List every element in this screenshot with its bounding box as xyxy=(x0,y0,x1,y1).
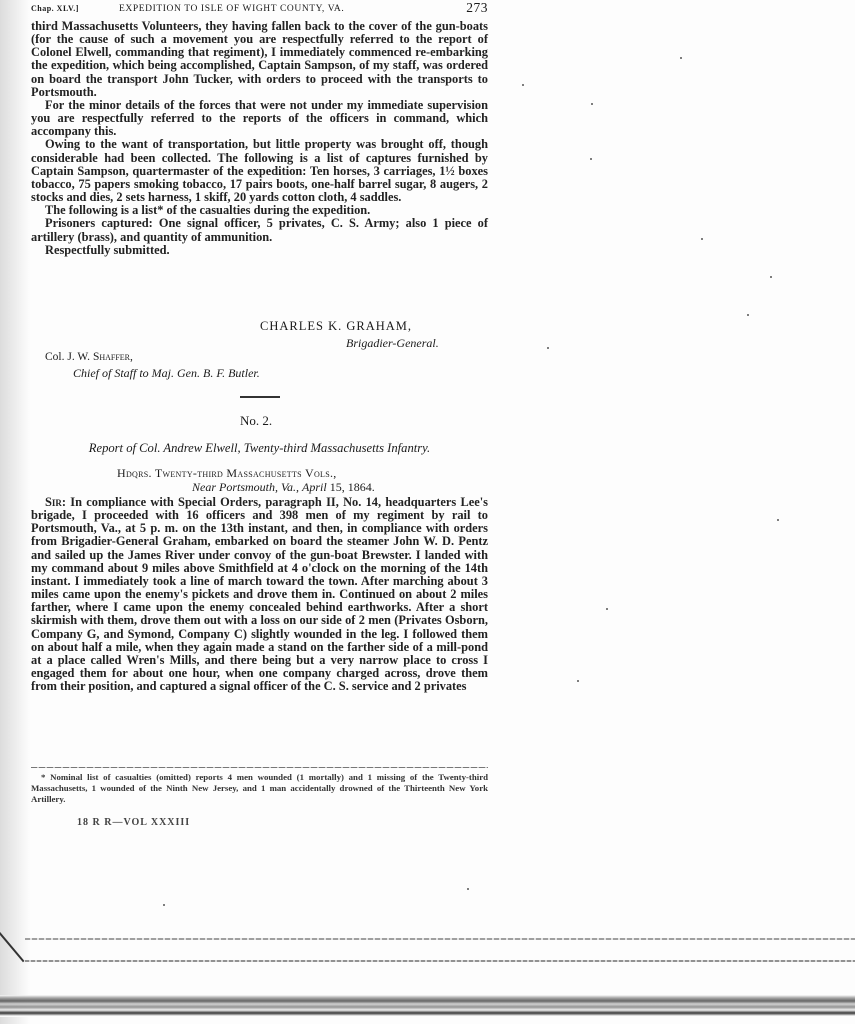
section-separator xyxy=(240,396,280,398)
scan-speck xyxy=(591,103,593,105)
scan-speck xyxy=(547,347,549,349)
scan-speck xyxy=(770,276,772,278)
running-title: EXPEDITION TO ISLE OF WIGHT COUNTY, VA. xyxy=(119,4,344,14)
addressee-name: Shaffer, xyxy=(93,351,133,363)
running-head: Chap. XLV.] EXPEDITION TO ISLE OF WIGHT … xyxy=(31,2,488,16)
scan-speck xyxy=(777,519,779,521)
scan-artifact-line xyxy=(25,938,855,940)
report-heading: Report of Col. Andrew Elwell, Twenty-thi… xyxy=(31,441,488,456)
footnote-rule xyxy=(31,767,488,768)
scan-speck xyxy=(701,238,703,240)
salutation: Sir xyxy=(45,495,62,509)
addressee-prefix: Col. J. W. xyxy=(45,351,93,363)
chapter-label: Chap. XLV.] xyxy=(31,4,79,13)
report2-body: Sir: In compliance with Special Orders, … xyxy=(31,496,488,693)
signature-title: Brigadier-General. xyxy=(346,336,439,351)
paragraph: third Massachusetts Volunteers, they hav… xyxy=(31,20,488,99)
paragraph: Respectfully submitted. xyxy=(31,244,488,257)
report-number: No. 2. xyxy=(240,413,272,429)
addressee-title: Chief of Staff to Maj. Gen. B. F. Butler… xyxy=(73,366,260,381)
scan-speck xyxy=(606,608,608,610)
paragraph: Owing to the want of transportation, but… xyxy=(31,138,488,204)
scan-speck xyxy=(163,904,165,906)
scan-speck xyxy=(590,158,592,160)
scan-speck xyxy=(467,888,469,890)
scan-speck xyxy=(577,680,579,682)
footnote-text: * Nominal list of casualties (omitted) r… xyxy=(31,772,488,804)
paragraph: Sir: In compliance with Special Orders, … xyxy=(31,496,488,693)
paragraph: Prisoners captured: One signal officer, … xyxy=(31,217,488,243)
page-bottom-edge xyxy=(0,995,855,1017)
headquarters-date: Near Portsmouth, Va., April 15, 1864. xyxy=(192,480,375,495)
hq-place: Near Portsmouth, Va., xyxy=(192,480,299,494)
paragraph: For the minor details of the forces that… xyxy=(31,99,488,138)
hq-day-year: 15, 1864. xyxy=(327,480,375,494)
footnote: * Nominal list of casualties (omitted) r… xyxy=(31,772,488,804)
scan-artifact-line xyxy=(25,960,855,962)
headquarters-line: Hdqrs. Twenty-third Massachusetts Vols., xyxy=(117,466,337,481)
printer-signature-mark: 18 R R—VOL XXXIII xyxy=(77,817,190,828)
scan-speck xyxy=(680,57,682,59)
page-number: 273 xyxy=(466,0,488,16)
report2-text: In compliance with Special Orders, parag… xyxy=(31,495,488,693)
addressee: Col. J. W. Shaffer, xyxy=(45,351,133,363)
signature-name: CHARLES K. GRAHAM, xyxy=(260,319,412,334)
scan-speck xyxy=(522,84,524,86)
hq-month: April xyxy=(302,480,327,494)
scan-speck xyxy=(747,314,749,316)
page-gutter-shadow xyxy=(0,0,30,1024)
report1-body: third Massachusetts Volunteers, they hav… xyxy=(31,20,488,257)
